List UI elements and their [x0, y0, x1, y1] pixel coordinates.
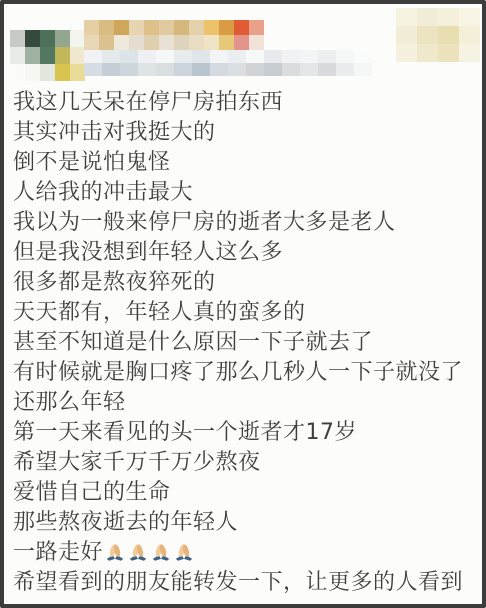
post-line: 希望看到的朋友能转发一下，让更多的人看到: [13, 568, 478, 598]
post-line: 还那么年轻: [13, 388, 478, 418]
username-blurred[interactable]: [84, 20, 264, 50]
post-line: 天天都有，年轻人真的蛮多的: [13, 298, 478, 328]
post-line-text: 我以为一般来停尸房的逝者大多是老人: [13, 210, 396, 235]
post-line-text: 很多都是熬夜猝死的: [13, 270, 216, 295]
post-line-text: 倒不是说怕鬼怪: [13, 150, 171, 175]
post-line: 但是我没想到年轻人这么多: [13, 238, 478, 268]
post-line: 很多都是熬夜猝死的: [13, 268, 478, 298]
post-body: 我这几天呆在停尸房拍东西其实冲击对我挺大的倒不是说怕鬼怪人给我的冲击最大我以为一…: [13, 88, 478, 598]
follow-button-blurred[interactable]: [396, 8, 480, 62]
post-line-text: 有时候就是胸口疼了那么几秒人一下子就没了: [13, 360, 463, 385]
post-line-text: 其实冲击对我挺大的: [13, 120, 216, 145]
post-screenshot-frame: 我这几天呆在停尸房拍东西其实冲击对我挺大的倒不是说怕鬼怪人给我的冲击最大我以为一…: [0, 0, 486, 608]
post-line-text: 一路走好: [13, 540, 103, 565]
post-line-text: 希望看到的朋友能转发一下，让更多的人看到: [13, 570, 463, 595]
post-line: 第一天来看见的头一个逝者才17岁: [13, 418, 478, 448]
post-line: 希望大家千万千万少熬夜: [13, 448, 478, 478]
post-line: 倒不是说怕鬼怪: [13, 148, 478, 178]
post-line: 我以为一般来停尸房的逝者大多是老人: [13, 208, 478, 238]
post-line-text: 人给我的冲击最大: [13, 180, 193, 205]
post-line-text: 但是我没想到年轻人这么多: [13, 240, 283, 265]
folded-hands-icon: [127, 541, 149, 563]
post-line-text: 第一天来看见的头一个逝者才17岁: [13, 420, 357, 445]
post-line-text: 甚至不知道是什么原因一下子就去了: [13, 330, 373, 355]
post-line: 有时候就是胸口疼了那么几秒人一下子就没了: [13, 358, 478, 388]
post-line: 人给我的冲击最大: [13, 178, 478, 208]
post-header: [4, 4, 482, 86]
post-line-text: 还那么年轻: [13, 390, 126, 415]
post-line: 爱惜自己的生命: [13, 478, 478, 508]
post-line: 一路走好: [13, 538, 478, 568]
post-meta-blurred: [84, 50, 372, 76]
post-line-text: 我这几天呆在停尸房拍东西: [13, 90, 283, 115]
post-line-text: 希望大家千万千万少熬夜: [13, 450, 261, 475]
post-line-text: 那些熬夜逝去的年轻人: [13, 510, 238, 535]
folded-hands-icon: [150, 541, 172, 563]
folded-hands-icon: [104, 541, 126, 563]
folded-hands-icon: [173, 541, 195, 563]
post-line: 其实冲击对我挺大的: [13, 118, 478, 148]
post-line-text: 天天都有，年轻人真的蛮多的: [13, 300, 306, 325]
post-line: 我这几天呆在停尸房拍东西: [13, 88, 478, 118]
avatar[interactable]: [10, 30, 85, 81]
post-line: 那些熬夜逝去的年轻人: [13, 508, 478, 538]
post-line: 甚至不知道是什么原因一下子就去了: [13, 328, 478, 358]
post-line-text: 爱惜自己的生命: [13, 480, 171, 505]
